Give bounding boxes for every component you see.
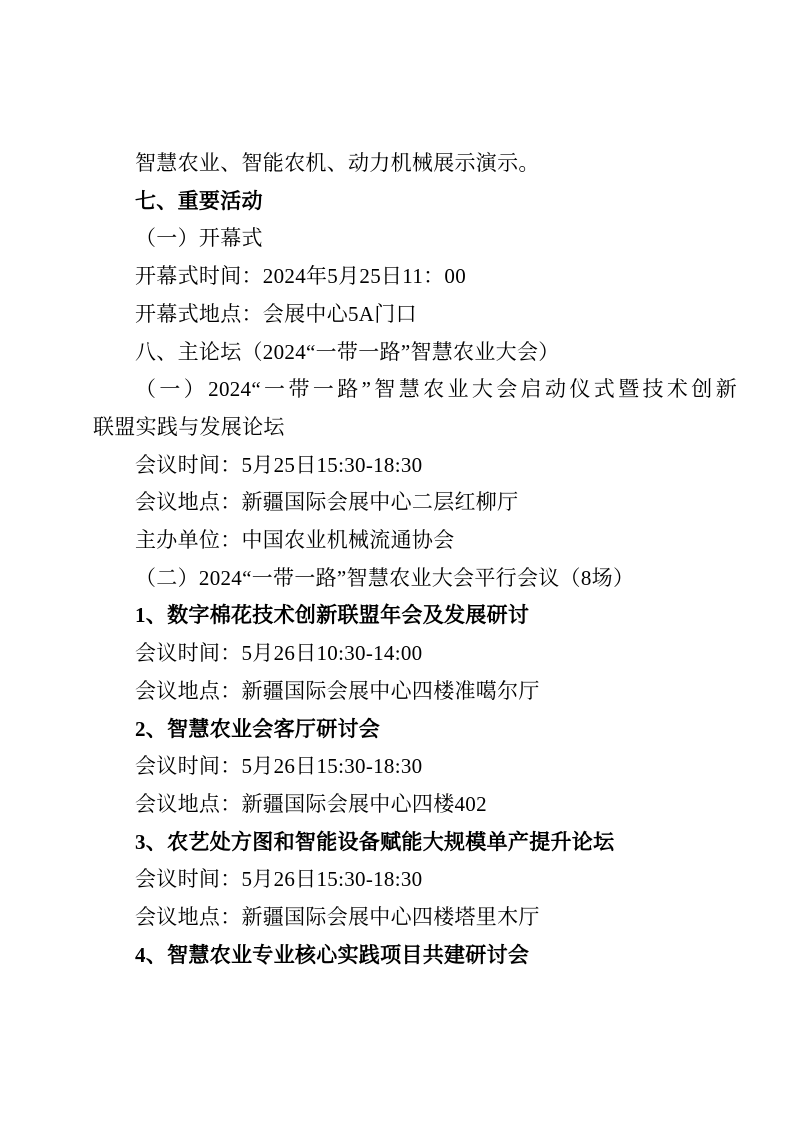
- main-forum-title-line-1: （一）2024“一带一路”智慧农业大会启动仪式暨技术创新: [93, 371, 737, 409]
- main-forum-title-line-2: 联盟实践与发展论坛: [93, 409, 737, 447]
- session-1-location: 会议地点：新疆国际会展中心四楼准噶尔厅: [93, 673, 737, 711]
- section-7-heading: 七、重要活动: [93, 183, 737, 221]
- session-2-location: 会议地点：新疆国际会展中心四楼402: [93, 786, 737, 824]
- main-forum-time: 会议时间：5月25日15:30-18:30: [93, 447, 737, 485]
- session-3-time: 会议时间：5月26日15:30-18:30: [93, 861, 737, 899]
- section-8-heading: 八、主论坛（2024“一带一路”智慧农业大会）: [93, 334, 737, 372]
- session-2-title: 2、智慧农业会客厅研讨会: [93, 711, 737, 749]
- exhibition-demo-text: 智慧农业、智能农机、动力机械展示演示。: [93, 145, 737, 183]
- session-3-title: 3、农艺处方图和智能设备赋能大规模单产提升论坛: [93, 824, 737, 862]
- opening-ceremony-location: 开幕式地点：会展中心5A门口: [93, 296, 737, 334]
- session-1-title: 1、数字棉花技术创新联盟年会及发展研讨: [93, 597, 737, 635]
- document-body: 智慧农业、智能农机、动力机械展示演示。 七、重要活动 （一）开幕式 开幕式时间：…: [93, 145, 737, 974]
- main-forum-organizer: 主办单位：中国农业机械流通协会: [93, 522, 737, 560]
- document-page: 智慧农业、智能农机、动力机械展示演示。 七、重要活动 （一）开幕式 开幕式时间：…: [0, 0, 800, 1132]
- session-2-time: 会议时间：5月26日15:30-18:30: [93, 748, 737, 786]
- session-1-time: 会议时间：5月26日10:30-14:00: [93, 635, 737, 673]
- parallel-sessions-heading: （二）2024“一带一路”智慧农业大会平行会议（8场）: [93, 560, 737, 598]
- session-3-location: 会议地点：新疆国际会展中心四楼塔里木厅: [93, 899, 737, 937]
- opening-ceremony-heading: （一）开幕式: [93, 220, 737, 258]
- session-4-title: 4、智慧农业专业核心实践项目共建研讨会: [93, 937, 737, 975]
- opening-ceremony-time: 开幕式时间：2024年5月25日11：00: [93, 258, 737, 296]
- main-forum-location: 会议地点：新疆国际会展中心二层红柳厅: [93, 484, 737, 522]
